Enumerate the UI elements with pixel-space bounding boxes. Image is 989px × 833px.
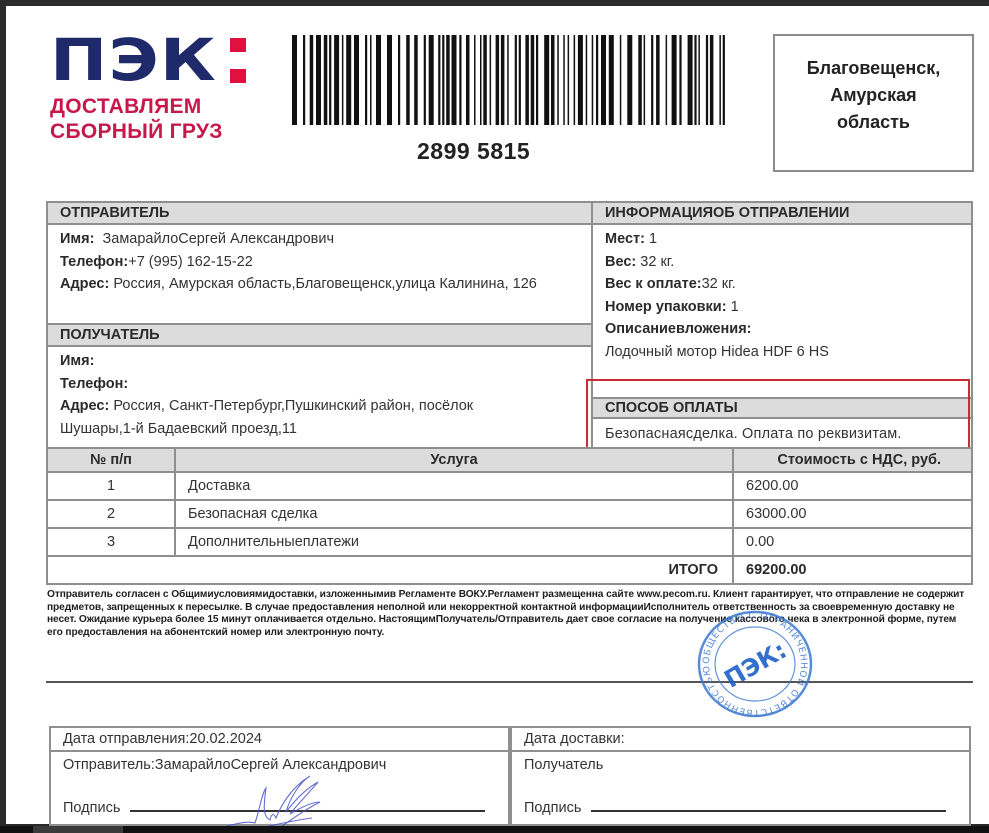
total-label: ИТОГО [47, 556, 733, 584]
total-value: 69200.00 [733, 556, 972, 584]
dispatch-date: Дата отправления:20.02.2024 [51, 728, 508, 752]
shipment-info-title: ИНФОРМАЦИЯОБ ОТПРАВЛЕНИИ [593, 203, 971, 225]
barcode [290, 35, 734, 125]
recipient-title: ПОЛУЧАТЕЛЬ [48, 325, 591, 347]
sender-title: ОТПРАВИТЕЛЬ [48, 203, 591, 225]
weight-row: Вес: 32 кг. [605, 251, 971, 274]
header-number: № п/п [47, 448, 175, 472]
sender-name: ЗамарайлоСергей Александрович [103, 231, 335, 247]
delivery-date: Дата доставки: [512, 728, 969, 752]
sender-signature-block: Дата отправления:20.02.2024 Отправитель:… [49, 726, 510, 826]
package-row: Номер упаковки: 1 [605, 296, 971, 319]
recipient-signature-name: Получатель [512, 752, 969, 778]
contents-label: Описаниевложения: [605, 318, 971, 341]
services-table: № п/п Услуга Стоимость с НДС, руб. 1 Дос… [46, 447, 973, 585]
table-row: 1 Доставка 6200.00 [47, 472, 972, 500]
table-row: 3 Дополнительныеплатежи 0.00 [47, 528, 972, 556]
destination-box: Благовещенск, Амурская область [773, 34, 974, 172]
header-cost: Стоимость с НДС, руб. [733, 448, 972, 472]
sender-phone-row: Телефон:+7 (995) 162-15-22 [60, 251, 591, 274]
slogan-line-1: ДОСТАВЛЯЕМ [50, 94, 223, 119]
recipient-address-row: Адрес: Россия, Санкт-Петербург,Пушкински… [60, 395, 591, 418]
terms-text: Отправитель согласен с Общимиусловиямидо… [47, 589, 973, 639]
contents-value: Лодочный мотор Hidea HDF 6 HS [605, 341, 971, 364]
recipient-section: ПОЛУЧАТЕЛЬ Имя: Телефон: Адрес: Россия, … [46, 323, 593, 449]
recipient-address-line2: Шушары,1-й Бадаевский проезд,11 [60, 418, 591, 441]
recipient-phone-row: Телефон: [60, 373, 591, 396]
total-row: ИТОГО 69200.00 [47, 556, 972, 584]
table-row: 2 Безопасная сделка 63000.00 [47, 500, 972, 528]
divider [46, 681, 973, 683]
slogan-line-2: СБОРНЫЙ ГРУЗ [50, 119, 223, 144]
logo-colon-icon [230, 38, 246, 84]
sender-phone: +7 (995) 162-15-22 [128, 254, 253, 270]
recipient-signature-block: Дата доставки: Получатель Подпись [510, 726, 971, 826]
paid-weight-row: Вес к оплате:32 кг. [605, 273, 971, 296]
scrollbar-thumb[interactable] [33, 826, 123, 833]
sender-name-row: Имя: ЗамарайлоСергей Александрович [60, 228, 591, 251]
sender-section: ОТПРАВИТЕЛЬ Имя: ЗамарайлоСергей Алексан… [46, 201, 593, 325]
places-row: Мест: 1 [605, 228, 971, 251]
payment-method: Безопаснаясделка. Оплата по реквизитам. [593, 421, 971, 447]
barcode-number: 2899 5815 [417, 138, 530, 165]
sender-address: Россия, Амурская область,Благовещенск,ул… [113, 276, 537, 292]
recipient-signature-line: Подпись [524, 800, 946, 816]
logo-brand: ПЭК [50, 34, 217, 86]
viewer-bottom-bar [0, 826, 989, 833]
sender-signature-line: Подпись [63, 800, 485, 816]
sender-address-row: Адрес: Россия, Амурская область,Благовещ… [60, 273, 591, 296]
recipient-address-line1: Россия, Санкт-Петербург,Пушкинский район… [113, 398, 473, 414]
sender-signature-name: Отправитель:ЗамарайлоСергей Александрови… [51, 752, 508, 778]
payment-title: СПОСОБ ОПЛАТЫ [593, 397, 971, 419]
header-service: Услуга [175, 448, 733, 472]
recipient-name-row: Имя: [60, 350, 591, 373]
pek-logo: ПЭК ДОСТАВЛЯЕМ СБОРНЫЙ ГРУЗ [50, 34, 223, 144]
destination-text: Благовещенск, Амурская область [807, 55, 941, 136]
logo-slogan: ДОСТАВЛЯЕМ СБОРНЫЙ ГРУЗ [50, 94, 223, 144]
services-header-row: № п/п Услуга Стоимость с НДС, руб. [47, 448, 972, 472]
